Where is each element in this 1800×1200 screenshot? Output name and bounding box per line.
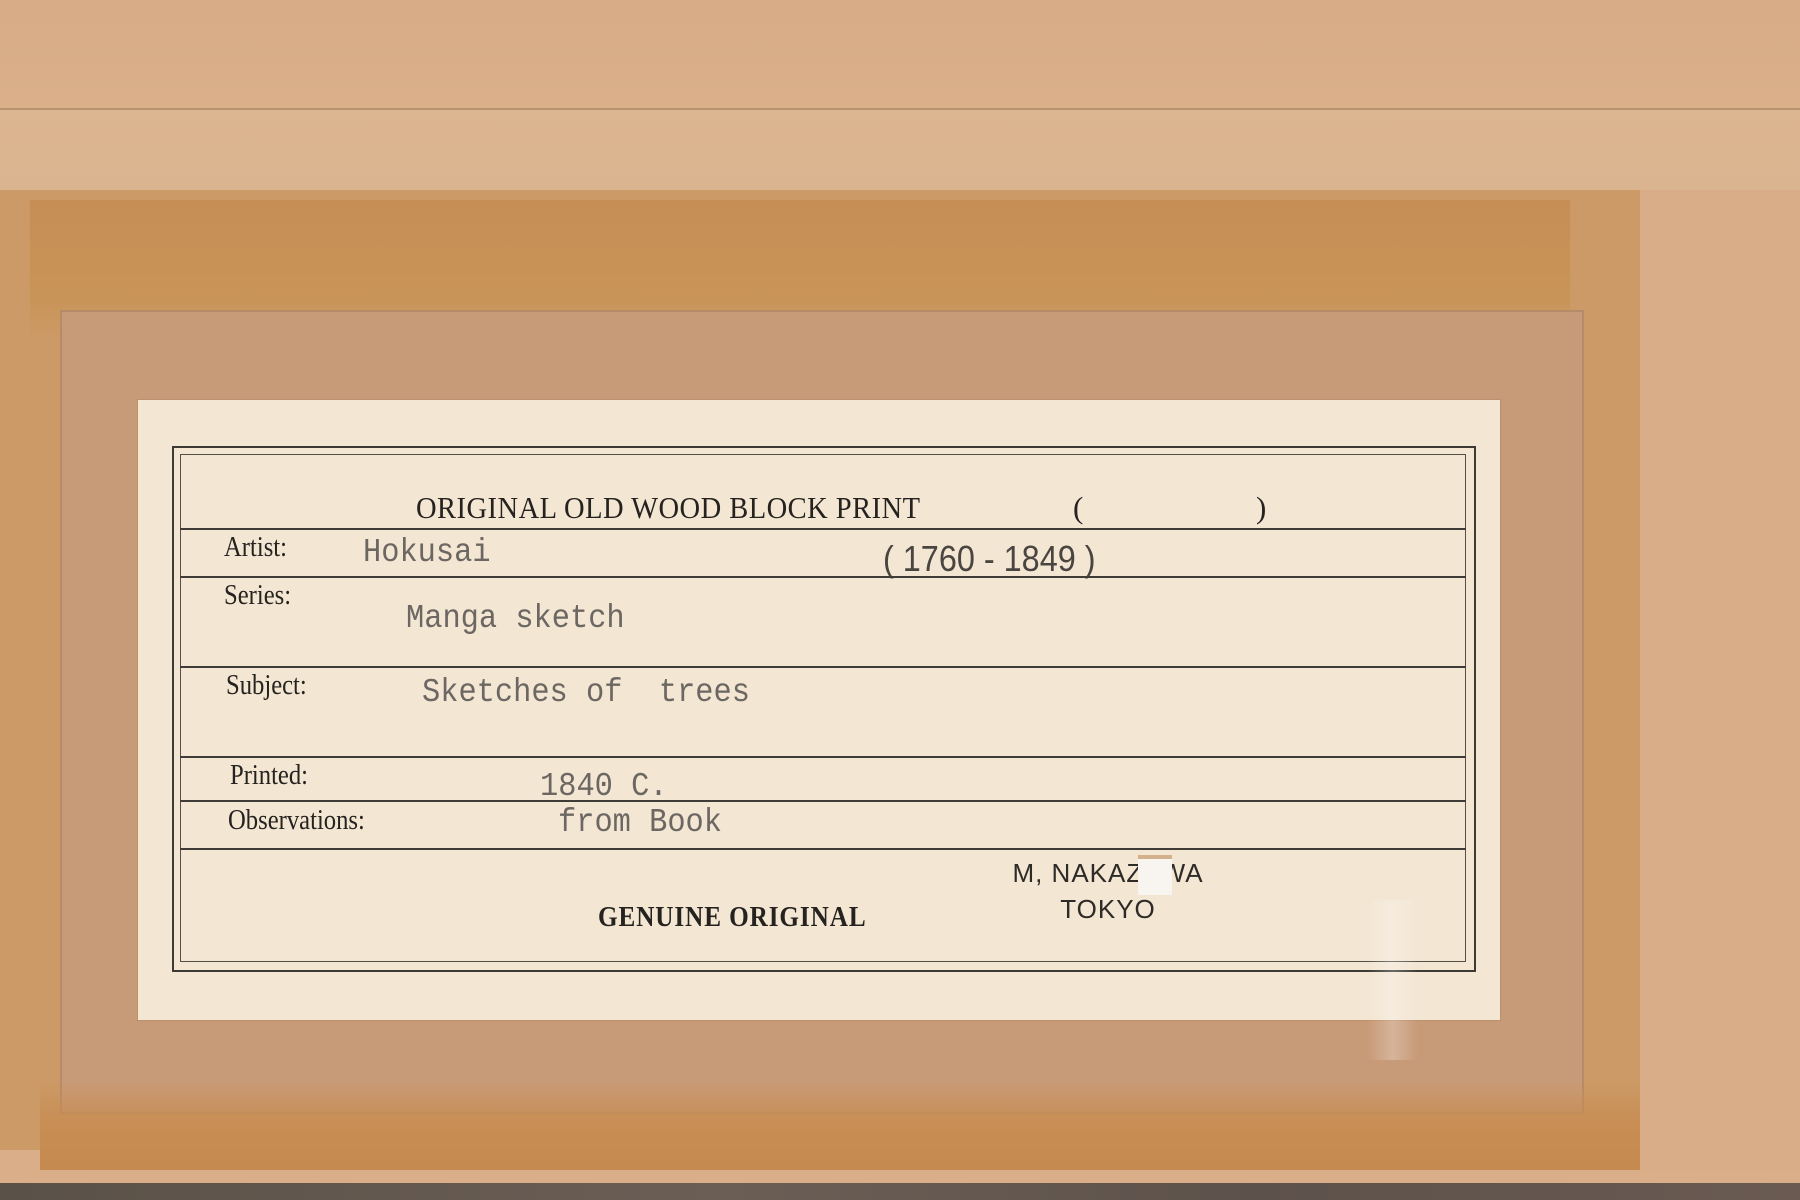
kraft-backing-right bbox=[1640, 190, 1800, 1170]
kraft-backing-band bbox=[0, 110, 1800, 200]
printed-label: Printed: bbox=[230, 760, 308, 792]
observations-label: Observations: bbox=[228, 805, 365, 837]
rule-6 bbox=[180, 848, 1466, 850]
rule-2 bbox=[180, 576, 1466, 578]
tape-stain-bottom bbox=[40, 1080, 1640, 1170]
artist-value: Hokusai bbox=[363, 534, 491, 571]
artist-label: Artist: bbox=[224, 532, 287, 564]
series-label: Series: bbox=[224, 580, 291, 612]
provenance-label: ORIGINAL OLD WOOD BLOCK PRINT ( ) Artist… bbox=[138, 400, 1500, 1020]
series-value: Manga sketch bbox=[406, 600, 625, 637]
rule-4 bbox=[180, 756, 1466, 758]
subject-label: Subject: bbox=[226, 670, 307, 702]
dealer-city: TOKYO bbox=[1008, 894, 1208, 925]
tape-glare bbox=[1368, 900, 1418, 1060]
artist-dates: ( 1760 - 1849 ) bbox=[883, 538, 1096, 580]
kraft-backing-paper bbox=[0, 0, 1800, 115]
genuine-original-stamp: GENUINE ORIGINAL bbox=[598, 902, 867, 934]
torn-paper-tab bbox=[1138, 855, 1172, 895]
rule-3 bbox=[180, 666, 1466, 668]
frame-bottom-edge bbox=[0, 1183, 1800, 1200]
label-heading: ORIGINAL OLD WOOD BLOCK PRINT bbox=[416, 490, 920, 526]
heading-paren-close: ) bbox=[1256, 490, 1266, 526]
observations-value: from Book bbox=[558, 804, 722, 841]
rule-5 bbox=[180, 800, 1466, 802]
dealer-name: M, NAKAZAWA bbox=[1008, 858, 1208, 889]
label-border-inner bbox=[180, 454, 1466, 962]
heading-paren-open: ( bbox=[1073, 490, 1083, 526]
rule-1 bbox=[180, 528, 1466, 530]
subject-value: Sketches of trees bbox=[422, 674, 750, 711]
